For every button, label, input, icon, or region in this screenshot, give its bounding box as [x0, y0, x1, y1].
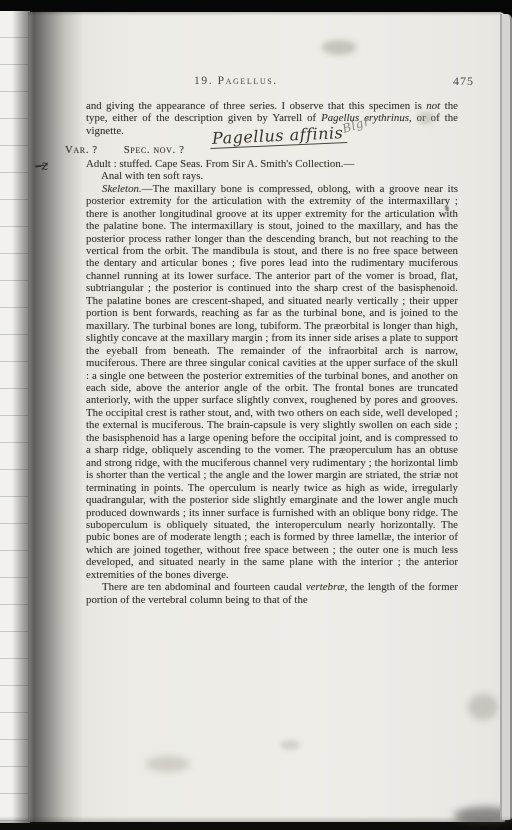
vertebrae-paragraph: There are ten abdominal and fourteen cau…: [86, 581, 458, 606]
variety-label: Var. ?: [65, 144, 98, 156]
skeleton-paragraph: Skeleton.—The maxillary bone is compress…: [86, 183, 458, 582]
specimen-entry: Adult : stuffed. Cape Seas. From Sir A. …: [86, 158, 458, 183]
paper-stain: [146, 756, 190, 772]
interleaf-ruled-page-edge: [0, 11, 30, 823]
paper-stain: [468, 694, 498, 720]
species-nov-label: Spec. nov. ?: [124, 144, 185, 156]
scanned-page: 19. Pagellus. 475 and giving the appeara…: [0, 0, 512, 830]
specimen-entry-line2: Anal with ten soft rays.: [86, 170, 458, 182]
page-number: 475: [453, 74, 474, 89]
book-page: 19. Pagellus. 475 and giving the appeara…: [28, 12, 506, 822]
running-head: 19. Pagellus.: [194, 75, 278, 87]
paper-stain: [322, 40, 356, 55]
book-fore-edge: [500, 14, 512, 820]
specimen-entry-line1: Adult : stuffed. Cape Seas. From Sir A. …: [86, 158, 458, 170]
paper-stain: [280, 740, 300, 750]
body-text: and giving the appearance of three serie…: [86, 100, 458, 606]
pencil-margin-mark: –z: [34, 157, 48, 174]
